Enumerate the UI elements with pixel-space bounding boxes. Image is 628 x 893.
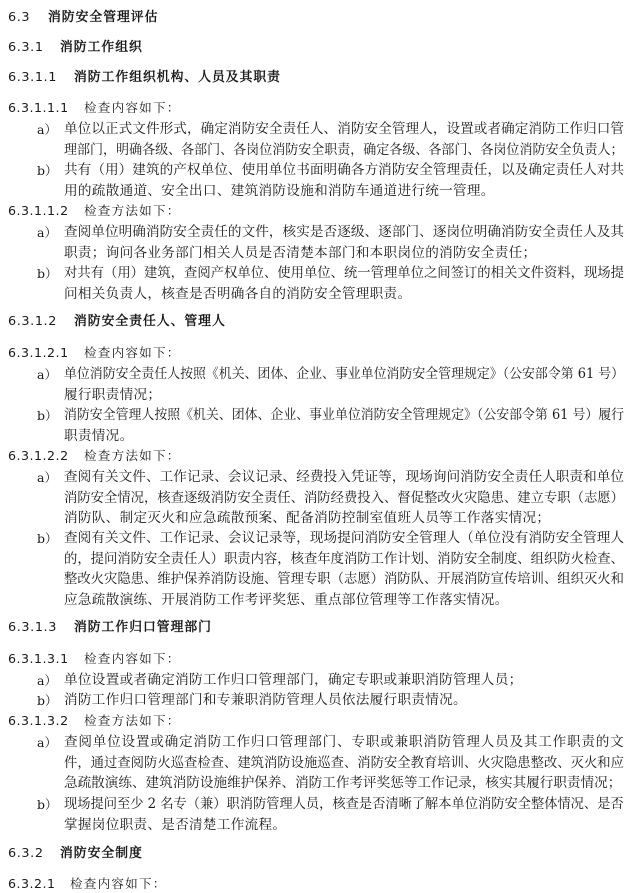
list-item-label: a） (37, 470, 57, 486)
list-item-label: b） (37, 163, 58, 179)
document-page: 6.3消防安全管理评估6.3.1消防工作组织6.3.1.1消防工作组织机构、人员… (0, 0, 628, 893)
list-item-label: b） (37, 408, 58, 424)
clause-heading: 6.3.1.2.1检查内容如下： (8, 345, 181, 361)
section-number: 6.3.1.2.2 (8, 448, 84, 464)
section-title: 消防工作归口管理部门 (74, 620, 212, 635)
section-number: 6.3.1.1.1 (8, 100, 84, 116)
list-item-text: 共有（用）建筑的产权单位、使用单位书面明确各方消防安全管理责任，以及确定责任人对… (64, 162, 624, 178)
section-title: 消防安全制度 (60, 846, 143, 861)
section-number: 6.3.1.3 (8, 620, 74, 636)
list-item-text: 掌握岗位职责、是否清楚工作流程。 (64, 817, 624, 833)
section-heading: 6.3.1.1消防工作组织机构、人员及其职责 (8, 70, 281, 86)
section-heading: 6.3.1.2消防安全责任人、管理人 (8, 314, 226, 330)
section-title: 检查内容如下： (84, 345, 181, 360)
list-item-text: 现场提问至少 2 名专（兼）职消防管理人员，核查是否清晰了解本单位消防安全整体情… (64, 796, 609, 812)
list-item-text: 理部门，明确各级、各部门、各岗位消防安全职责，确定各级、各部门、各岗位消防安全负… (64, 142, 600, 158)
section-number: 6.3 (8, 10, 48, 26)
clause-heading: 6.3.1.1.2检查方法如下： (8, 203, 181, 219)
list-item-text: 职责情况。 (64, 428, 624, 444)
section-number: 6.3.2.1 (8, 876, 70, 892)
list-item-text: 单位以正式文件形式，确定消防安全责任人、消防安全管理人，设置或者确定消防工作归口… (64, 121, 624, 137)
section-number: 6.3.2 (8, 846, 60, 862)
section-title: 消防安全责任人、管理人 (74, 314, 226, 329)
section-title: 检查内容如下： (70, 876, 167, 891)
section-title: 消防工作组织 (60, 40, 143, 55)
section-heading: 6.3.2消防安全制度 (8, 846, 143, 862)
list-item-text: 消防工作归口管理部门和专兼职消防管理人员依法履行职责情况。 (64, 692, 624, 708)
list-item-label: a） (37, 225, 57, 241)
section-heading: 6.3.1.3消防工作归口管理部门 (8, 620, 212, 636)
clause-heading: 6.3.1.2.2检查方法如下： (8, 448, 181, 464)
list-item-text: 查阅有关文件、工作记录、会议记录等，现场提问消防安全管理人（单位没有消防安全管理… (64, 530, 624, 546)
section-number: 6.3.1 (8, 40, 60, 56)
section-number: 6.3.1.3.1 (8, 651, 84, 667)
list-item-text: 单位设置或者确定消防工作归口管理部门，确定专职或兼职消防管理人员； (64, 672, 624, 688)
list-item-text: 查阅单位设置或确定消防工作归口管理部门、专职或兼职消防管理人员及其工作职责的文 (64, 734, 624, 750)
list-item-text: 消防队、制定灭火和应急疏散预案、配备消防控制室值班人员等工作落实情况； (64, 510, 624, 526)
section-title: 消防安全管理评估 (48, 10, 158, 25)
section-number: 6.3.1.2.1 (8, 345, 84, 361)
list-item-label: b） (37, 797, 58, 813)
list-item-label: a） (37, 122, 57, 138)
list-item-text: 的，提问消防安全责任人）职责内容，核查年度消防工作计划、消防安全制度、组织防火检… (64, 551, 613, 567)
list-item-label: a） (37, 367, 57, 383)
list-item-label: a） (37, 673, 57, 689)
section-number: 6.3.1.2 (8, 314, 74, 330)
list-item-text: 消防安全情况，核查逐级消防安全责任、消防经费投入、督促整改火灾隐患、建立专职（志… (64, 490, 613, 506)
section-number: 6.3.1.3.2 (8, 713, 84, 729)
list-item-text: 查阅单位明确消防安全责任的文件，核实是否逐级、逐部门、逐岗位明确消防安全责任人及… (64, 224, 624, 240)
list-item-text: 应急疏散演练、开展消防工作考评奖惩、重点部位管理等工作落实情况。 (64, 592, 624, 608)
section-heading: 6.3消防安全管理评估 (8, 10, 158, 26)
list-item-text: 问相关负责人，核查是否明确各自的消防安全管理职责。 (64, 286, 624, 302)
list-item-label: b） (37, 531, 58, 547)
list-item-text: 职责；询问各业务部门相关人员是否清楚本部门和本职岗位的消防安全责任； (64, 245, 624, 261)
section-heading: 6.3.1消防工作组织 (8, 40, 143, 56)
section-title: 检查方法如下： (84, 448, 181, 463)
list-item-label: a） (37, 735, 57, 751)
section-number: 6.3.1.1.2 (8, 203, 84, 219)
clause-heading: 6.3.1.3.1检查内容如下： (8, 651, 181, 667)
list-item-text: 急疏散演练、建筑消防设施维护保养、消防工作考评奖惩等工作记录，核实其履行职责情况… (64, 775, 624, 791)
list-item-label: b） (37, 693, 58, 709)
clause-heading: 6.3.1.1.1检查内容如下： (8, 100, 181, 116)
list-item-text: 用的疏散通道、安全出口、建筑消防设施和消防车通道进行统一管理。 (64, 183, 624, 199)
list-item-text: 对共有（用）建筑，查阅产权单位、使用单位、统一管理单位之间签订的相关文件资料，现… (64, 265, 613, 281)
clause-heading: 6.3.1.3.2检查方法如下： (8, 713, 181, 729)
list-item-text: 履行职责情况； (64, 387, 624, 403)
list-item-text: 查阅有关文件、工作记录、会议记录、经费投入凭证等，现场询问消防安全责任人职责和单… (64, 469, 624, 485)
list-item-text: 单位消防安全责任人按照《机关、团体、企业、事业单位消防安全管理规定》（公安部令第… (64, 366, 596, 382)
section-title: 消防工作组织机构、人员及其职责 (74, 70, 281, 85)
list-item-text: 消防安全管理人按照《机关、团体、企业、事业单位消防安全管理规定》（公安部令第 6… (64, 407, 596, 423)
section-title: 检查方法如下： (84, 203, 181, 218)
list-item-text: 整改火灾隐患、维护保养消防设施、管理专职（志愿）消防队、开展消防宣传培训、组织灭… (64, 571, 613, 587)
section-title: 检查方法如下： (84, 713, 181, 728)
clause-heading: 6.3.2.1检查内容如下： (8, 876, 167, 892)
section-title: 检查内容如下： (84, 651, 181, 666)
section-title: 检查内容如下： (84, 100, 181, 115)
section-number: 6.3.1.1 (8, 70, 74, 86)
list-item-text: 件，通过查阅防火巡查检查、建筑消防设施巡查、消防安全教育培训、火灾隐患整改、灭火… (64, 755, 613, 771)
list-item-label: b） (37, 266, 58, 282)
